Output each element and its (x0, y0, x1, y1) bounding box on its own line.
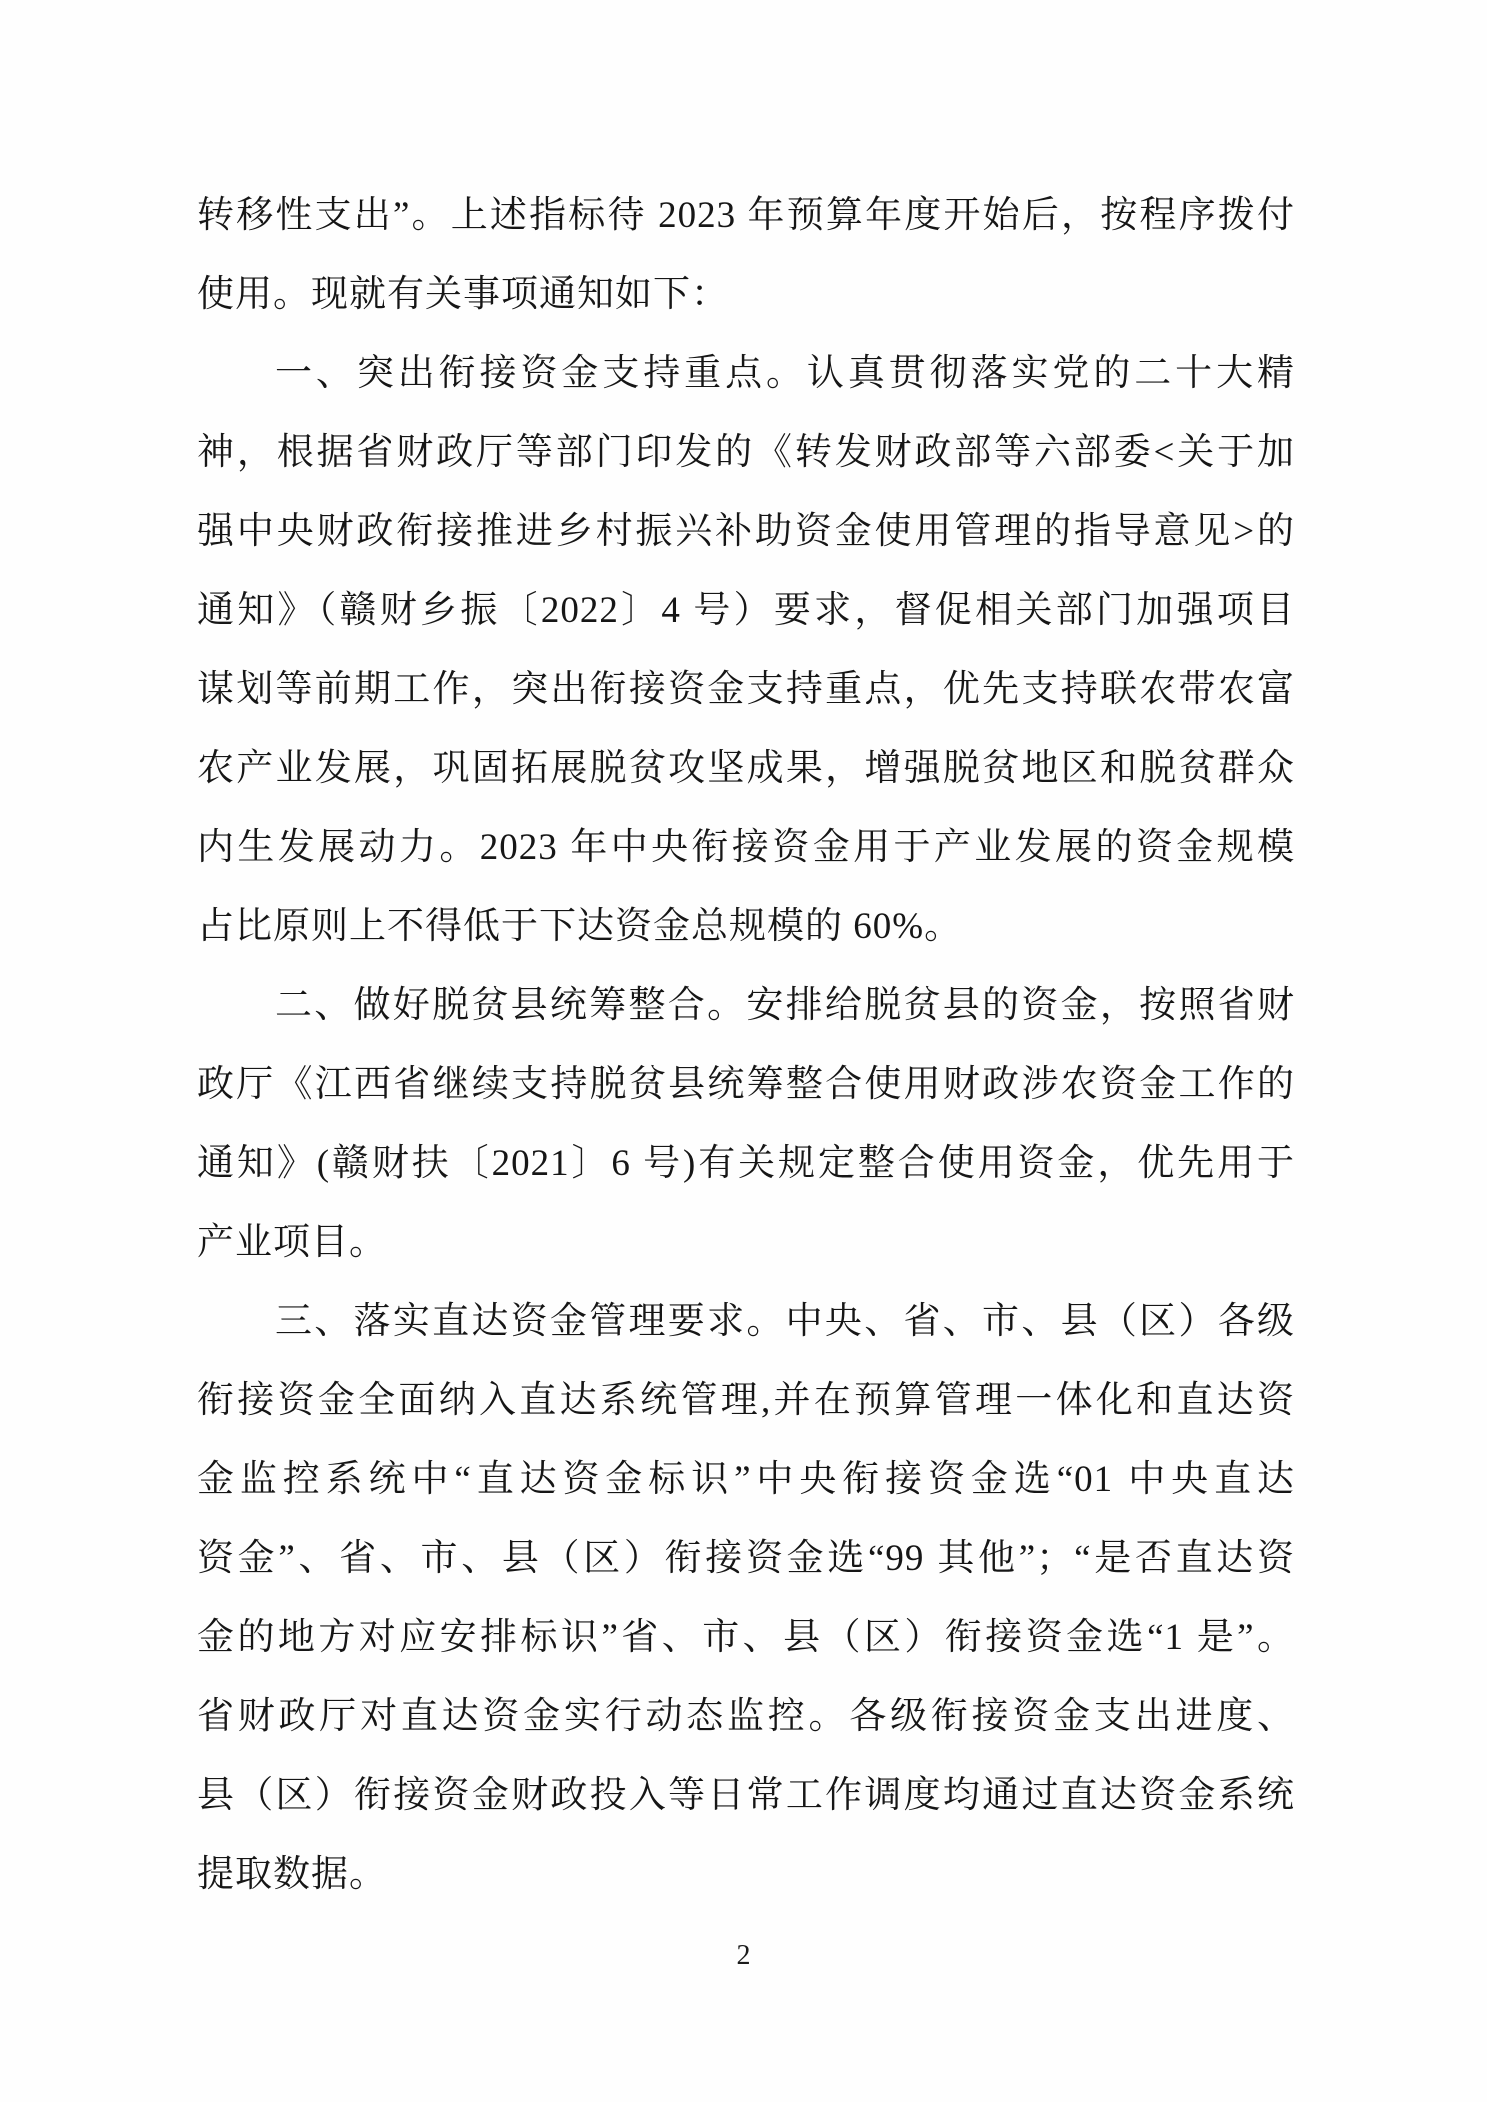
text-line: 通知》(赣财扶〔2021〕6 号)有关规定整合使用资金，优先用于 (197, 1124, 1295, 1203)
text-line: 一、突出衔接资金支持重点。认真贯彻落实党的二十大精 (197, 334, 1295, 413)
text-line: 三、落实直达资金管理要求。中央、省、市、县（区）各级 (197, 1282, 1295, 1361)
text-line: 资金”、省、市、县（区）衔接资金选“99 其他”；“是否直达资 (197, 1519, 1295, 1598)
text-line: 金监控系统中“直达资金标识”中央衔接资金选“01 中央直达 (197, 1440, 1295, 1519)
text-line: 提取数据。 (197, 1835, 1295, 1914)
text-line: 内生发展动力。2023 年中央衔接资金用于产业发展的资金规模 (197, 808, 1295, 887)
text-line: 衔接资金全面纳入直达系统管理,并在预算管理一体化和直达资 (197, 1361, 1295, 1440)
text-line: 谋划等前期工作，突出衔接资金支持重点，优先支持联农带农富 (197, 650, 1295, 729)
text-line: 产业项目。 (197, 1203, 1295, 1282)
text-line: 省财政厅对直达资金实行动态监控。各级衔接资金支出进度、市、 (197, 1677, 1295, 1756)
text-line: 使用。现就有关事项通知如下： (197, 255, 1295, 334)
text-line: 通知》（赣财乡振〔2022〕4 号）要求，督促相关部门加强项目 (197, 571, 1295, 650)
text-line: 县（区）衔接资金财政投入等日常工作调度均通过直达资金系统 (197, 1756, 1295, 1835)
text-line: 二、做好脱贫县统筹整合。安排给脱贫县的资金，按照省财 (197, 966, 1295, 1045)
text-line: 农产业发展，巩固拓展脱贫攻坚成果，增强脱贫地区和脱贫群众 (197, 729, 1295, 808)
text-line: 占比原则上不得低于下达资金总规模的 60%。 (197, 887, 1295, 966)
text-line: 神，根据省财政厅等部门印发的《转发财政部等六部委<关于加 (197, 413, 1295, 492)
text-line: 政厅《江西省继续支持脱贫县统筹整合使用财政涉农资金工作的 (197, 1045, 1295, 1124)
text-line: 转移性支出”。上述指标待 2023 年预算年度开始后，按程序拨付 (197, 176, 1295, 255)
document-body: 转移性支出”。上述指标待 2023 年预算年度开始后，按程序拨付使用。现就有关事… (197, 176, 1295, 1914)
text-line: 金的地方对应安排标识”省、市、县（区）衔接资金选“1 是”。 (197, 1598, 1295, 1677)
page-number: 2 (0, 1936, 1487, 1976)
document-page: 转移性支出”。上述指标待 2023 年预算年度开始后，按程序拨付使用。现就有关事… (0, 0, 1487, 2102)
text-line: 强中央财政衔接推进乡村振兴补助资金使用管理的指导意见>的 (197, 492, 1295, 571)
